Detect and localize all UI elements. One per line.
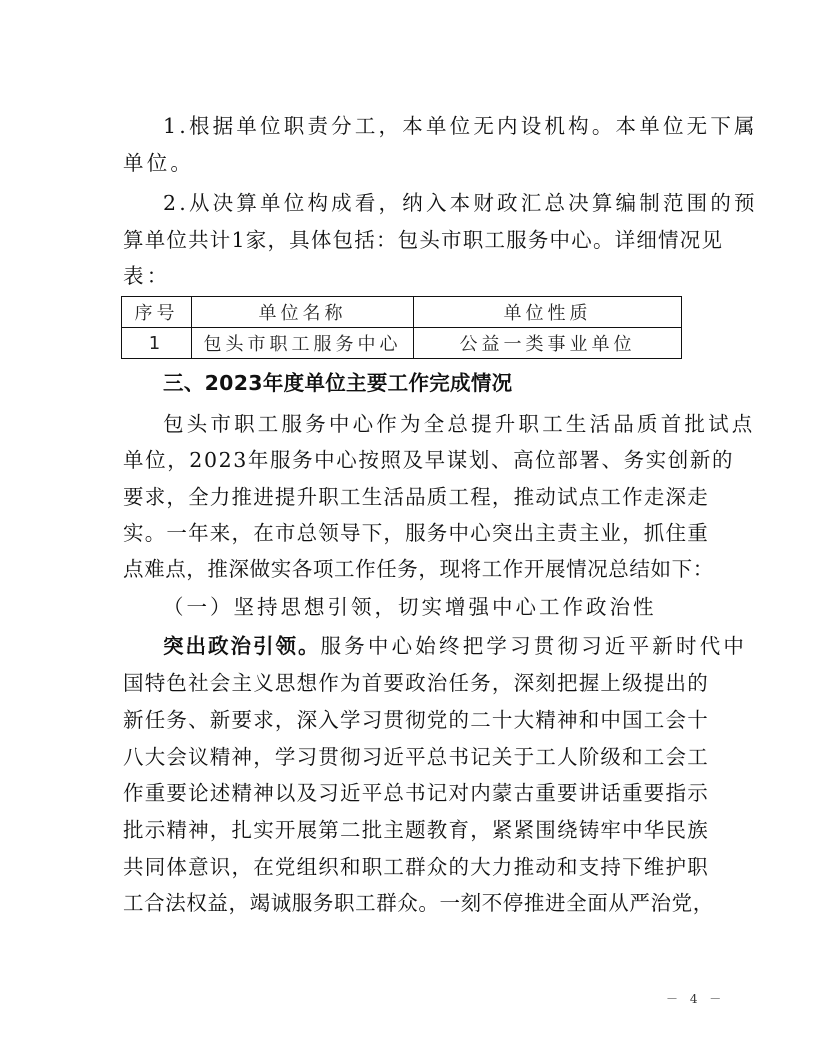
paragraph-line: 作重要论述精神以及习近平总书记对内蒙古重要讲话重要指示	[123, 780, 695, 806]
paragraph-line: 国特色社会主义思想作为首要政治任务，深刻把握上级提出的	[123, 670, 695, 696]
paragraph-line: 2.从决算单位构成看，纳入本财政汇总决算编制范围的预	[163, 190, 695, 216]
table-header-cell: 单位性质	[414, 297, 682, 328]
paragraph-line: 共同体意识，在党组织和职工群众的大力推动和支持下维护职	[123, 854, 695, 880]
table-cell: 1	[122, 328, 192, 359]
page-number: － 4 －	[666, 990, 725, 1007]
paragraph-line: 算单位共计1家，具体包括：包头市职工服务中心。详细情况见	[123, 227, 695, 253]
table-header-cell: 单位名称	[192, 297, 414, 328]
units-table: 序号 单位名称 单位性质 1 包头市职工服务中心 公益一类事业单位	[121, 296, 682, 359]
paragraph-line: 新任务、新要求，深入学习贯彻党的二十大精神和中国工会十	[123, 707, 695, 733]
paragraph-line: 要求，全力推进提升职工生活品质工程，推动试点工作走深走	[123, 484, 695, 510]
paragraph-line: 工合法权益，竭诚服务职工群众。一刻不停推进全面从严治党，	[123, 890, 695, 916]
table-row: 1 包头市职工服务中心 公益一类事业单位	[122, 328, 682, 359]
bold-lead-text: 突出政治引领。	[163, 634, 321, 658]
paragraph-line: 突出政治引领。服务中心始终把学习贯彻习近平新时代中	[163, 633, 695, 659]
paragraph-line: 包头市职工服务中心作为全总提升职工生活品质首批试点	[163, 411, 695, 437]
paragraph-line: 单位，2023年服务中心按照及早谋划、高位部署、务实创新的	[123, 447, 695, 473]
table-header-cell: 序号	[122, 297, 192, 328]
subsection-heading: （一）坚持思想引领，切实增强中心工作政治性	[163, 594, 657, 620]
paragraph-line: 表：	[123, 263, 695, 289]
table-cell: 包头市职工服务中心	[192, 328, 414, 359]
table-cell: 公益一类事业单位	[414, 328, 682, 359]
paragraph-line: 单位。	[123, 150, 695, 176]
paragraph-text: 服务中心始终把学习贯彻习近平新时代中	[321, 634, 748, 658]
paragraph-line: 批示精神，扎实开展第二批主题教育，紧紧围绕铸牢中华民族	[123, 817, 695, 843]
paragraph-line: 1.根据单位职责分工，本单位无内设机构。本单位无下属	[163, 113, 695, 139]
paragraph-line: 八大会议精神，学习贯彻习近平总书记关于工人阶级和工会工	[123, 744, 695, 770]
paragraph-line: 实。一年来，在市总领导下，服务中心突出主责主业，抓住重	[123, 520, 695, 546]
table-header-row: 序号 单位名称 单位性质	[122, 297, 682, 328]
section-heading: 三、2023年度单位主要工作完成情况	[163, 370, 512, 396]
paragraph-line: 点难点，推深做实各项工作任务，现将工作开展情况总结如下：	[123, 556, 695, 582]
